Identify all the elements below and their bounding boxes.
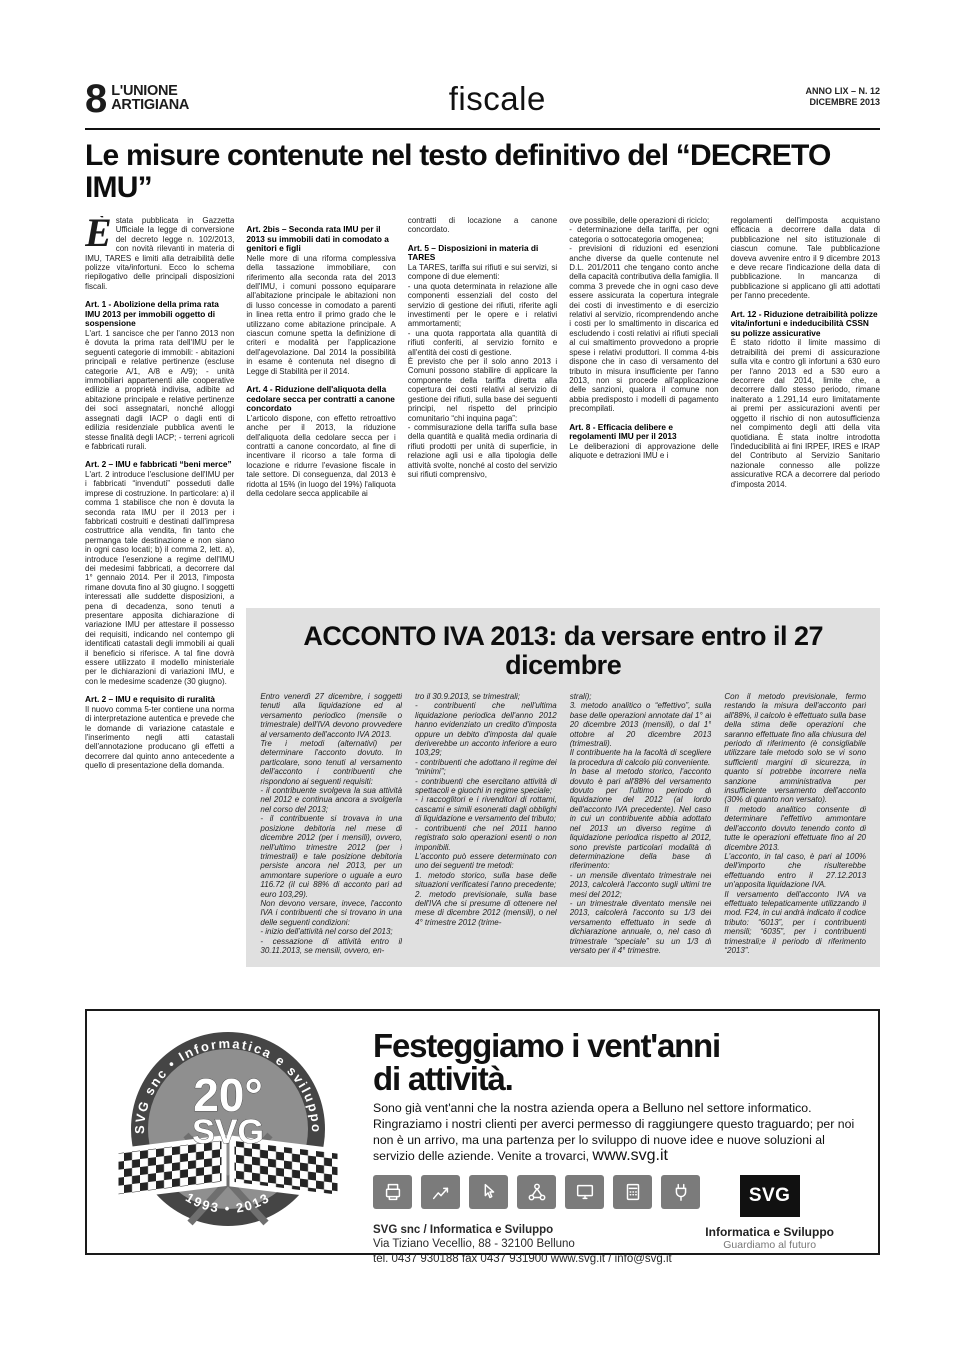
article-paragraph: tro il 30.9.2013, se trimestrali; xyxy=(415,692,557,701)
article-paragraph: Il metodo analitico consente di determin… xyxy=(724,805,866,852)
article-column-5: regolamenti dell'imposta acquistano effi… xyxy=(731,216,880,598)
ad-body: Festeggiamo i vent'anni di attività. Son… xyxy=(369,1011,878,1253)
svg-anniversary-badge: SVG snc • Informatica e sviluppo 20° xyxy=(87,1011,369,1253)
article-paragraph: strali); xyxy=(570,692,712,701)
acconto-iva-box: ACCONTO IVA 2013: da versare entro il 27… xyxy=(246,608,880,967)
page-header: 8 L'UNIONE ARTIGIANA fiscale ANNO LIX – … xyxy=(85,82,880,116)
ad-paragraph: Sono già vent'anni che la nostra azienda… xyxy=(373,1101,862,1164)
article-paragraph: Tre i metodi (alternativi) per determina… xyxy=(260,739,402,786)
article-paragraph: È stato ridotto il limite massimo di det… xyxy=(731,338,880,489)
article-paragraph: - un mensile diventato trimestrale nel 2… xyxy=(570,871,712,899)
article-paragraph: - una quota rapportata alla quantità di … xyxy=(408,329,557,357)
ad-brand-column: SVG Informatica e Sviluppo Guardiamo al … xyxy=(705,1175,834,1267)
article-paragraph: ove possibile, delle operazioni di ricic… xyxy=(569,216,718,225)
article-paragraph: Con il metodo previsionale, fermo restan… xyxy=(724,692,866,805)
iva-column-3: strali);3. metodo analitico o “effettivo… xyxy=(570,692,712,955)
brand-caption-1: Informatica e Sviluppo xyxy=(705,1225,834,1239)
ad-icons-and-address: SVG snc / Informatica e Sviluppo Via Tiz… xyxy=(373,1175,700,1267)
chart-icon xyxy=(421,1175,460,1209)
article-paragraph: - i raccoglitori e i rivenditori di rott… xyxy=(415,795,557,823)
pointer-icon xyxy=(469,1175,508,1209)
article-paragraph: - cessazione di attività entro il 30.11.… xyxy=(260,937,402,956)
article-paragraph: 2. metodo previsionale, sulla base dell'… xyxy=(415,890,557,928)
header-divider xyxy=(85,128,880,130)
article-paragraph: contratti di locazione a canone concorda… xyxy=(408,216,557,235)
drop-cap: È xyxy=(85,216,116,248)
article-column-1: Èstata pubblicata in Gazzetta Ufficiale … xyxy=(85,216,234,967)
iva-column-4: Con il metodo previsionale, fermo restan… xyxy=(724,692,866,955)
article-paragraph: - determinazione della tariffa, per ogni… xyxy=(569,225,718,244)
masthead-line2: ARTIGIANA xyxy=(111,97,189,113)
article-grid: Èstata pubblicata in Gazzetta Ufficiale … xyxy=(85,216,880,967)
article-paragraph: Il contribuente ha la facoltà di sceglie… xyxy=(570,748,712,767)
article-heading: Art. 8 - Efficacia delibere e regolament… xyxy=(569,423,718,442)
svg-logo: SVG xyxy=(740,1175,800,1217)
monitor-icon xyxy=(565,1175,604,1209)
acconto-iva-title: ACCONTO IVA 2013: da versare entro il 27… xyxy=(260,622,866,680)
article-paragraph: Èstata pubblicata in Gazzetta Ufficiale … xyxy=(85,216,234,291)
article-paragraph: In base al metodo storico, l'acconto dov… xyxy=(570,767,712,870)
article-paragraph: L'articolo dispone, con effetto retroatt… xyxy=(246,414,395,499)
ad-lower-row: SVG snc / Informatica e Sviluppo Via Tiz… xyxy=(373,1175,862,1267)
service-icon-row xyxy=(373,1175,700,1209)
article-paragraph: La TARES, tariffa sui rifiuti e sui serv… xyxy=(408,263,557,282)
article-heading: Art. 4 - Riduzione dell'aliquota della c… xyxy=(246,385,395,414)
network-icon xyxy=(517,1175,556,1209)
issue-line1: ANNO LIX – N. 12 xyxy=(805,86,880,96)
masthead-title: L'UNIONE ARTIGIANA xyxy=(111,82,189,112)
article-paragraph: - contribuenti che nel 2011 hanno regist… xyxy=(415,824,557,852)
article-paragraph: Il versamento dell'acconto IVA va effett… xyxy=(724,890,866,956)
article-paragraph: L'art. 1 sancisce che per l'anno 2013 no… xyxy=(85,329,234,451)
article-heading: Art. 5 – Disposizioni in materia di TARE… xyxy=(408,244,557,263)
article-paragraph: L'acconto, in tal caso, è pari al 100% d… xyxy=(724,852,866,890)
article-heading: Art. 2 – IMU e fabbricati “beni merce” xyxy=(85,460,234,470)
article-paragraph: Il nuovo comma 5-ter contiene una norma … xyxy=(85,705,234,771)
page-title: Le misure contenute nel testo definitivo… xyxy=(85,140,880,204)
article-paragraph: - un trimestrale diventato mensile nel 2… xyxy=(570,899,712,955)
article-paragraph: - il contribuente si trovava in una posi… xyxy=(260,814,402,899)
article-paragraph: L'art. 2 introduce l'esclusione dell'IMU… xyxy=(85,470,234,686)
svg-advertisement[interactable]: SVG snc • Informatica e sviluppo 20° xyxy=(85,1009,880,1255)
article-paragraph: - il contribuente svolgeva la sua attivi… xyxy=(260,786,402,814)
article-paragraph: Non devono versare, invece, l'acconto IV… xyxy=(260,899,402,927)
article-paragraph: Le deliberazioni di approvazione delle a… xyxy=(569,442,718,461)
iva-column-2: tro il 30.9.2013, se trimestrali;- contr… xyxy=(415,692,557,955)
article-paragraph: - commisurazione della tariffa sulla bas… xyxy=(408,423,557,479)
article-column-2: Art. 2bis – Seconda rata IMU per il 2013… xyxy=(246,216,395,598)
acconto-iva-columns: Entro venerdì 27 dicembre, i soggetti te… xyxy=(260,692,866,955)
article-column-4: ove possibile, delle operazioni di ricic… xyxy=(569,216,718,598)
article-paragraph: Entro venerdì 27 dicembre, i soggetti te… xyxy=(260,692,402,739)
brand-caption-2: Guardiamo al futuro xyxy=(723,1239,816,1251)
plug-icon xyxy=(661,1175,700,1209)
article-paragraph: 3. metodo analitico o “effettivo”, sulla… xyxy=(570,701,712,748)
article-heading: Art. 1 - Abolizione della prima rata IMU… xyxy=(85,300,234,329)
article-paragraph: 1. metodo storico, sulla base delle situ… xyxy=(415,871,557,890)
ad-company-name: SVG snc / Informatica e Sviluppo xyxy=(373,1223,700,1238)
page-number: 8 xyxy=(85,82,106,116)
badge-svg-text: SVG xyxy=(192,1113,264,1151)
section-title: fiscale xyxy=(449,82,546,116)
ad-title: Festeggiamo i vent'anni di attività. xyxy=(373,1029,862,1095)
ad-address: SVG snc / Informatica e Sviluppo Via Tiz… xyxy=(373,1223,700,1267)
issue-info: ANNO LIX – N. 12 DICEMBRE 2013 xyxy=(805,82,880,108)
article-paragraph: - previsioni di riduzioni ed esenzioni a… xyxy=(569,244,718,413)
article-heading: Art. 2 – IMU e requisito di ruralità xyxy=(85,695,234,705)
issue-line2: DICEMBRE 2013 xyxy=(809,97,880,107)
article-paragraph: L'acconto può essere determinato con uno… xyxy=(415,852,557,871)
article-paragraph: È previsto che per il solo anno 2013 i C… xyxy=(408,357,557,423)
iva-column-1: Entro venerdì 27 dicembre, i soggetti te… xyxy=(260,692,402,955)
article-paragraph: - contribuenti che esercitano attività d… xyxy=(415,777,557,796)
page-content: 8 L'UNIONE ARTIGIANA fiscale ANNO LIX – … xyxy=(85,82,880,1255)
ad-street: Via Tiziano Vecellio, 88 - 32100 Belluno xyxy=(373,1237,700,1252)
article-paragraph: - contribuenti che adottano il regime de… xyxy=(415,758,557,777)
ad-contacts[interactable]: tel. 0437 930188 fax 0437 931900 www.svg… xyxy=(373,1252,700,1267)
calculator-icon xyxy=(613,1175,652,1209)
masthead: 8 L'UNIONE ARTIGIANA xyxy=(85,82,189,116)
article-paragraph: regolamenti dell'imposta acquistano effi… xyxy=(731,216,880,301)
printer-icon xyxy=(373,1175,412,1209)
article-column-3: contratti di locazione a canone concorda… xyxy=(408,216,557,598)
ad-website-link[interactable]: www.svg.it xyxy=(592,1147,668,1164)
anniversary-badge-icon: SVG snc • Informatica e sviluppo 20° xyxy=(108,1027,348,1237)
article-paragraph: - una quota determinata in relazione all… xyxy=(408,282,557,329)
article-paragraph: - inizio dell'attività nel corso del 201… xyxy=(260,927,402,936)
newspaper-page: 8 L'UNIONE ARTIGIANA fiscale ANNO LIX – … xyxy=(0,0,960,1354)
article-paragraph: - contribuenti che nell'ultima liquidazi… xyxy=(415,701,557,757)
article-paragraph: Nelle more di una riforma complessiva de… xyxy=(246,254,395,376)
article-heading: Art. 12 - Riduzione detraibilità polizze… xyxy=(731,310,880,339)
article-heading: Art. 2bis – Seconda rata IMU per il 2013… xyxy=(246,225,395,254)
